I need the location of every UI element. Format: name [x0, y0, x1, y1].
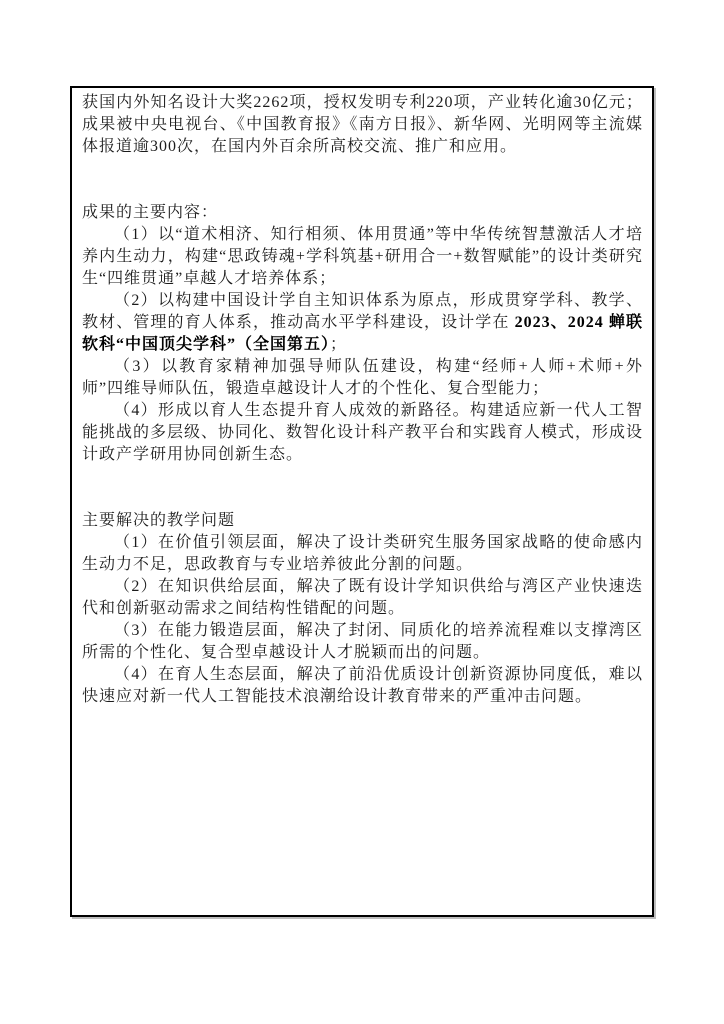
intro-paragraph: 获国内外知名设计大奖2262项，授权发明专利220项，产业转化逾30亿元；成果被… [82, 92, 643, 158]
section1-item-2: （2）以构建中国设计学自主知识体系为原点，形成贯穿学科、教学、教材、管理的育人体… [82, 290, 643, 356]
section1-item-1: （1）以“道术相济、知行相须、体用贯通”等中华传统智慧激活人才培养内生动力，构建… [82, 224, 643, 290]
section2-item-4: （4）在育人生态层面，解决了前沿优质设计创新资源协同度低，难以快速应对新一代人工… [82, 664, 643, 708]
content-table-cell: 获国内外知名设计大奖2262项，授权发明专利220项，产业转化逾30亿元；成果被… [70, 86, 654, 917]
section2-item-2: （2）在知识供给层面，解决了既有设计学知识供给与湾区产业快速迭代和创新驱动需求之… [82, 576, 643, 620]
section1-item-2-tail: ； [330, 336, 347, 353]
section1-item-3: （3）以教育家精神加强导师队伍建设，构建“经师+人师+术师+外师”四维导师队伍，… [82, 356, 643, 400]
section1-item-4: （4）形成以育人生态提升育人成效的新路径。构建适应新一代人工智能挑战的多层级、协… [82, 400, 643, 466]
section2-heading: 主要解决的教学问题 [82, 510, 643, 532]
section2-item-3: （3）在能力锻造层面，解决了封闭、同质化的培养流程难以支撑湾区所需的个性化、复合… [82, 620, 643, 664]
section2-item-1: （1）在价值引领层面，解决了设计类研究生服务国家战略的使命感内生动力不足，思政教… [82, 532, 643, 576]
document-page: 获国内外知名设计大奖2262项，授权发明专利220项，产业转化逾30亿元；成果被… [0, 0, 724, 1024]
section1-heading: 成果的主要内容： [82, 202, 643, 224]
